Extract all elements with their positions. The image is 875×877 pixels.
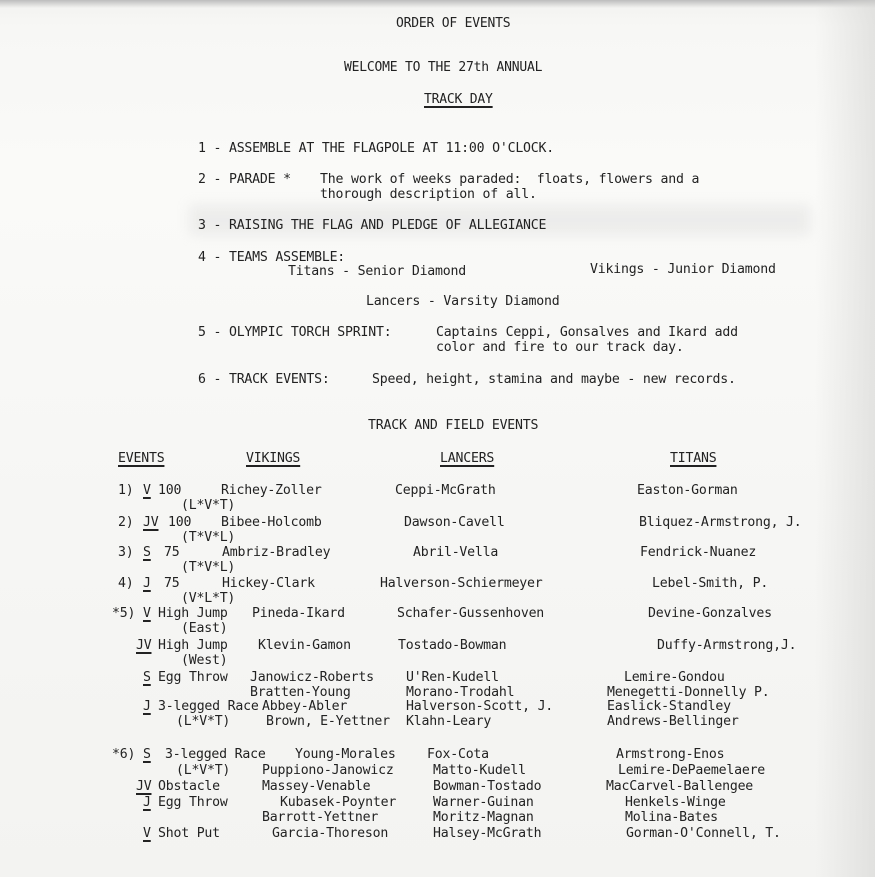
titans-entry: Lemire-Gondou xyxy=(624,670,725,685)
lancers-entry: U'Ren-Kudell xyxy=(406,670,499,685)
division-label: S xyxy=(143,670,151,685)
page-edge-shadow-right xyxy=(815,0,875,877)
event-number: *5) xyxy=(112,606,135,621)
event-order: (V*L*T) xyxy=(181,591,235,606)
division-label: V xyxy=(143,483,151,498)
vikings-entry: Barrott-Yettner xyxy=(262,810,378,825)
titans-entry: Lebel-Smith, P. xyxy=(652,576,768,591)
event-name: (L*V*T) xyxy=(176,763,230,778)
program-desc-2: The work of weeks paraded: floats, flowe… xyxy=(320,172,699,187)
titans-entry: Andrews-Bellinger xyxy=(607,714,739,729)
event-name: Obstacle xyxy=(158,779,220,794)
vikings-entry: Bibee-Holcomb xyxy=(221,515,322,530)
event-order: (T*V*L) xyxy=(181,560,235,575)
event-order: (L*V*T) xyxy=(181,498,235,513)
vikings-entry: Garcia-Thoreson xyxy=(272,826,388,841)
event-order: (West) xyxy=(181,653,227,668)
vikings-entry: Massey-Venable xyxy=(262,779,370,794)
program-item-2: 2 - PARADE * xyxy=(198,172,291,187)
vikings-entry: Abbey-Abler xyxy=(262,699,347,714)
vikings-entry: Bratten-Young xyxy=(250,685,351,700)
titans-entry: Armstrong-Enos xyxy=(616,747,724,762)
event-name: High Jump xyxy=(158,638,228,653)
titans-entry: Menegetti-Donnelly P. xyxy=(607,685,770,700)
event-name: Egg Throw xyxy=(158,670,228,685)
division-label: JV xyxy=(136,638,151,653)
program-item-4: 4 - TEAMS ASSEMBLE: xyxy=(198,250,345,265)
team-lancers: Lancers - Varsity Diamond xyxy=(366,294,560,309)
vikings-entry: Brown, E-Yettner xyxy=(266,714,390,729)
event-name: 3-legged Race xyxy=(158,699,259,714)
vikings-entry: Klevin-Gamon xyxy=(258,638,351,653)
division-label: V xyxy=(143,826,151,841)
program-desc-6: Speed, height, stamina and maybe - new r… xyxy=(372,372,736,387)
lancers-entry: Morano-Trodahl xyxy=(406,685,514,700)
titans-entry: Molina-Bates xyxy=(625,810,718,825)
event-name: 75 xyxy=(164,576,179,591)
program-desc2-2: thorough description of all. xyxy=(320,187,537,202)
titans-entry: Henkels-Winge xyxy=(625,795,726,810)
event-name: High Jump xyxy=(158,606,228,621)
column-header-lancers: LANCERS xyxy=(440,451,494,466)
titans-entry: Gorman-O'Connell, T. xyxy=(626,826,781,841)
program-desc2-5: color and fire to our track day. xyxy=(436,340,684,355)
vikings-entry: Kubasek-Poynter xyxy=(280,795,396,810)
event-order: (East) xyxy=(181,621,227,636)
document-title: ORDER OF EVENTS xyxy=(396,16,510,31)
lancers-entry: Halsey-McGrath xyxy=(433,826,541,841)
lancers-entry: Fox-Cota xyxy=(427,747,489,762)
event-name: 3-legged Race xyxy=(165,747,266,762)
event-name: Shot Put xyxy=(158,826,220,841)
titans-entry: Fendrick-Nuanez xyxy=(640,545,756,560)
event-name: TRACK DAY xyxy=(424,92,493,107)
lancers-entry: Halverson-Scott, J. xyxy=(406,699,553,714)
column-header-events: EVENTS xyxy=(118,451,164,466)
program-item-3: 3 - RAISING THE FLAG AND PLEDGE OF ALLEG… xyxy=(198,218,546,233)
division-label: J xyxy=(143,576,151,591)
titans-entry: MacCarvel-Ballengee xyxy=(606,779,753,794)
titans-entry: Duffy-Armstrong,J. xyxy=(657,638,796,653)
event-number: 3) xyxy=(118,545,133,560)
event-number: 4) xyxy=(118,576,133,591)
lancers-entry: Halverson-Schiermeyer xyxy=(380,576,543,591)
titans-entry: Lemire-DePaemelaere xyxy=(618,763,765,778)
program-item-6: 6 - TRACK EVENTS: xyxy=(198,372,330,387)
division-label: S xyxy=(143,747,151,762)
division-label: JV xyxy=(136,779,151,794)
vikings-entry: Janowicz-Roberts xyxy=(250,670,374,685)
program-desc-5: Captains Ceppi, Gonsalves and Ikard add xyxy=(436,325,738,340)
lancers-entry: Dawson-Cavell xyxy=(404,515,505,530)
welcome-line: WELCOME TO THE 27th ANNUAL xyxy=(344,60,542,75)
event-number: 1) xyxy=(118,483,133,498)
event-name: Egg Throw xyxy=(158,795,228,810)
event-name: 100 xyxy=(168,515,191,530)
vikings-entry: Ambriz-Bradley xyxy=(222,545,330,560)
vikings-entry: Pineda-Ikard xyxy=(252,606,345,621)
lancers-entry: Bowman-Tostado xyxy=(433,779,541,794)
lancers-entry: Abril-Vella xyxy=(413,545,498,560)
event-number: *6) xyxy=(112,747,135,762)
page-edge-shadow xyxy=(0,0,875,8)
column-header-titans: TITANS xyxy=(670,451,716,466)
team-titans: Titans - Senior Diamond xyxy=(288,264,466,279)
lancers-entry: Matto-Kudell xyxy=(433,763,526,778)
lancers-entry: Klahn-Leary xyxy=(406,714,491,729)
event-name: 100 xyxy=(158,483,181,498)
titans-entry: Easton-Gorman xyxy=(637,483,738,498)
event-number: 2) xyxy=(118,515,133,530)
track-field-title: TRACK AND FIELD EVENTS xyxy=(368,418,538,433)
titans-entry: Bliquez-Armstrong, J. xyxy=(639,515,802,530)
vikings-entry: Richey-Zoller xyxy=(221,483,322,498)
program-item-5: 5 - OLYMPIC TORCH SPRINT: xyxy=(198,325,392,340)
team-vikings: Vikings - Junior Diamond xyxy=(590,262,776,277)
division-label: JV xyxy=(143,515,158,530)
division-label: J xyxy=(143,795,151,810)
titans-entry: Easlick-Standley xyxy=(607,699,731,714)
vikings-entry: Young-Morales xyxy=(295,747,396,762)
lancers-entry: Schafer-Gussenhoven xyxy=(397,606,544,621)
program-item-1: 1 - ASSEMBLE AT THE FLAGPOLE AT 11:00 O'… xyxy=(198,141,554,156)
lancers-entry: Warner-Guinan xyxy=(433,795,534,810)
column-header-vikings: VIKINGS xyxy=(246,451,300,466)
vikings-entry: Hickey-Clark xyxy=(222,576,315,591)
vikings-entry: Puppiono-Janowicz xyxy=(262,763,394,778)
lancers-entry: Ceppi-McGrath xyxy=(395,483,496,498)
titans-entry: Devine-Gonzalves xyxy=(648,606,772,621)
lancers-entry: Moritz-Magnan xyxy=(433,810,534,825)
lancers-entry: Tostado-Bowman xyxy=(398,638,506,653)
division-label: S xyxy=(143,545,151,560)
event-name: (L*V*T) xyxy=(176,714,230,729)
event-order: (T*V*L) xyxy=(181,530,235,545)
division-label: J xyxy=(143,699,151,714)
event-name: 75 xyxy=(164,545,179,560)
division-label: V xyxy=(143,606,151,621)
